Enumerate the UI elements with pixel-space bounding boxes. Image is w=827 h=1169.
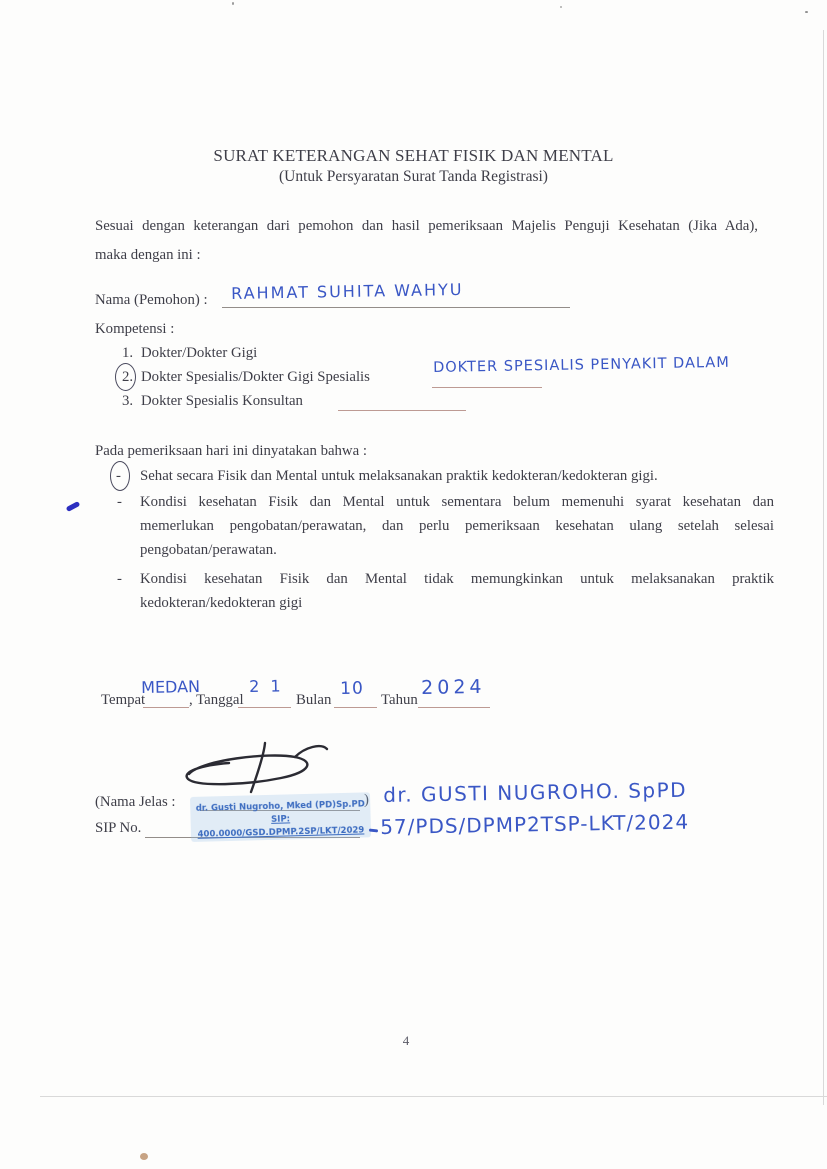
statement-option-2-line-3: pengobatan/perawatan. bbox=[140, 541, 277, 560]
applicant-name-handwritten: RAHMAT SUHITA WAHYU bbox=[231, 280, 464, 303]
tanggal-underline bbox=[238, 707, 291, 708]
kompetensi-item-2-underline bbox=[432, 387, 542, 388]
kompetensi-item-3-number: 3. bbox=[122, 392, 133, 411]
intro-line-1: Sesuai dengan keterangan dari pemohon da… bbox=[95, 217, 758, 236]
pen-check-mark bbox=[66, 501, 81, 512]
intro-line-2: maka dengan ini : bbox=[95, 246, 201, 265]
doctor-name-handwritten: dr. GUSTI NUGROHO. SpPD bbox=[383, 778, 687, 807]
scan-speck-top-2 bbox=[560, 6, 562, 8]
scan-speck-top-1 bbox=[232, 2, 234, 5]
kompetensi-item-2-number: 2. bbox=[122, 368, 133, 387]
kompetensi-item-1-label: Dokter/Dokter Gigi bbox=[141, 344, 257, 363]
statement-heading: Pada pemeriksaan hari ini dinyatakan bah… bbox=[95, 442, 367, 461]
statement-option-2-bullet: - bbox=[117, 493, 122, 512]
signature-scribble bbox=[175, 740, 330, 795]
statement-option-3-bullet: - bbox=[117, 570, 122, 589]
scan-speck-top-3 bbox=[805, 11, 808, 13]
bulan-underline bbox=[334, 707, 377, 708]
applicant-name-label: Nama (Pemohon) : bbox=[95, 291, 208, 310]
nama-jelas-label: (Nama Jelas : bbox=[95, 793, 176, 812]
scanned-document-page: SURAT KETERANGAN SEHAT FISIK DAN MENTAL … bbox=[0, 0, 827, 1169]
tahun-underline bbox=[418, 707, 490, 708]
sip-label: SIP No. bbox=[95, 819, 141, 838]
kompetensi-item-3-label: Dokter Spesialis Konsultan bbox=[141, 392, 303, 411]
document-subtitle: (Untuk Persyaratan Surat Tanda Registras… bbox=[0, 167, 827, 186]
tahun-handwritten: 2024 bbox=[421, 676, 486, 699]
page-number: 4 bbox=[396, 1033, 416, 1049]
statement-option-2-line-1: Kondisi kesehatan Fisik dan Mental untuk… bbox=[140, 493, 774, 512]
statement-option-3-line-1: Kondisi kesehatan Fisik dan Mental tidak… bbox=[140, 570, 774, 589]
kompetensi-item-3-underline bbox=[338, 410, 466, 411]
applicant-name-underline bbox=[222, 307, 570, 308]
statement-option-1-text: Sehat secara Fisik dan Mental untuk mela… bbox=[140, 467, 658, 486]
statement-option-1-bullet: - bbox=[116, 467, 121, 486]
kompetensi-item-2-handwritten: DOKTER SPESIALIS PENYAKIT DALAM bbox=[433, 355, 730, 376]
scan-artifact-right-line bbox=[823, 30, 824, 1105]
statement-option-3-line-2: kedokteran/kedokteran gigi bbox=[140, 594, 302, 613]
sip-number-handwritten: 57/PDS/DPMP2TSP-LKT/2024 bbox=[380, 810, 689, 839]
bulan-handwritten: 10 bbox=[340, 679, 364, 699]
tanggal-label: , Tanggal bbox=[189, 691, 244, 710]
bulan-label: Bulan bbox=[296, 691, 331, 710]
scan-speck-bottom bbox=[140, 1153, 148, 1160]
kompetensi-item-1-number: 1. bbox=[122, 344, 133, 363]
kompetensi-heading: Kompetensi : bbox=[95, 320, 174, 339]
tanggal-handwritten: 2 1 bbox=[249, 676, 284, 696]
scan-artifact-bottom-line bbox=[40, 1096, 827, 1097]
doctor-stamp: dr. Gusti Nugroho, Mked (PD)Sp.PD SIP: 4… bbox=[190, 792, 371, 842]
tempat-label: Tempat bbox=[101, 691, 145, 710]
document-title: SURAT KETERANGAN SEHAT FISIK DAN MENTAL bbox=[0, 146, 827, 165]
statement-option-2-line-2: memerlukan pengobatan/perawatan, dan per… bbox=[140, 517, 774, 536]
tempat-underline bbox=[143, 707, 189, 708]
kompetensi-item-2-label: Dokter Spesialis/Dokter Gigi Spesialis bbox=[141, 368, 370, 387]
tahun-label: Tahun bbox=[381, 691, 418, 710]
stamp-sip-line: SIP: 400.0000/GSD.DPMP.2SP/LKT/2029 bbox=[190, 811, 371, 842]
